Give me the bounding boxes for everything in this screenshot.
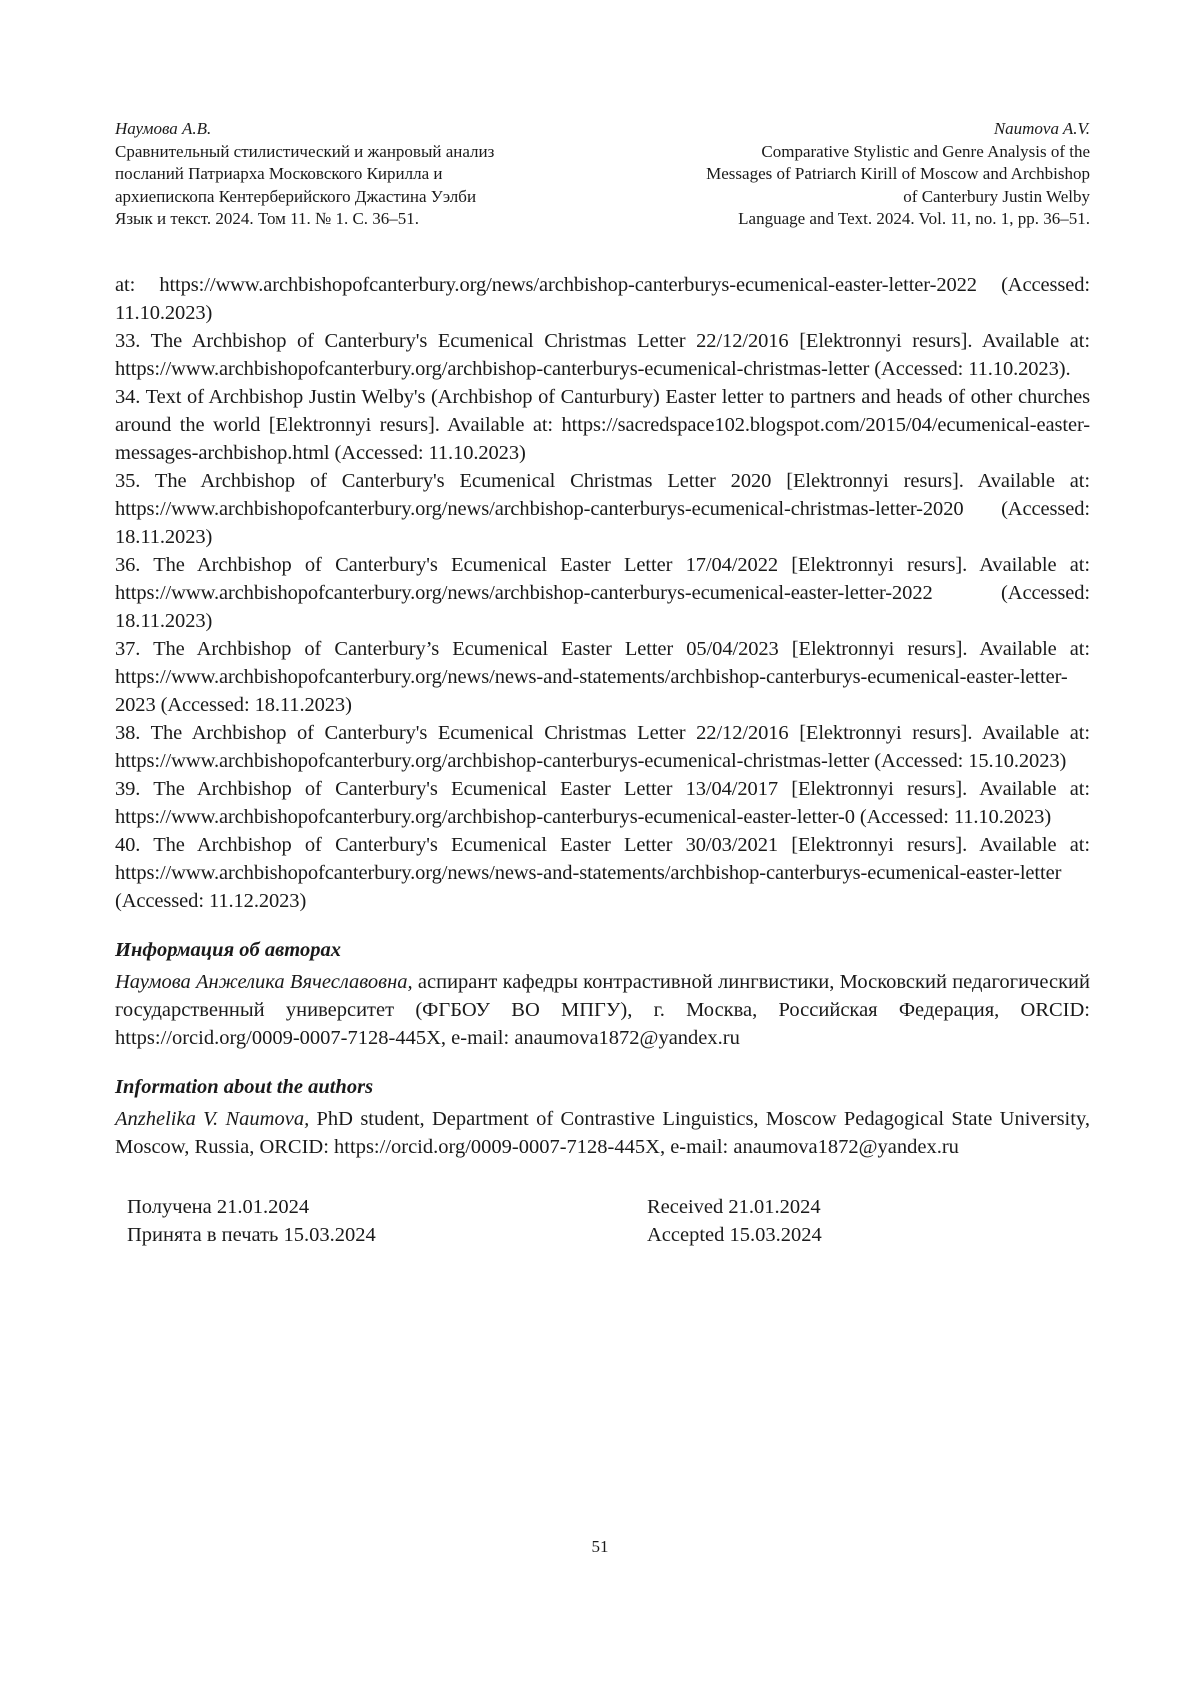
header-title-ru-line: Сравнительный стилистический и жанровый … [115, 141, 494, 164]
reference-entry: at: https://www.archbishopofcanterbury.o… [115, 271, 1090, 327]
authors-info-english: Information about the authors Anzhelika … [115, 1073, 1090, 1161]
reference-entry: 35. The Archbishop of Canterbury's Ecume… [115, 467, 1090, 551]
section-heading-authors-en: Information about the authors [115, 1073, 1090, 1101]
accepted-date-ru: Принята в печать 15.03.2024 [127, 1221, 647, 1249]
reference-list: at: https://www.archbishopofcanterbury.o… [115, 271, 1090, 915]
accepted-date-en: Accepted 15.03.2024 [647, 1221, 822, 1249]
header-author-ru: Наумова А.В. [115, 118, 494, 141]
header-author-en: Naumova A.V. [706, 118, 1090, 141]
reference-entry: 39. The Archbishop of Canterbury's Ecume… [115, 775, 1090, 831]
header-title-en-line: Messages of Patriarch Kirill of Moscow a… [706, 163, 1090, 186]
reference-entry: 40. The Archbishop of Canterbury's Ecume… [115, 831, 1090, 915]
authors-info-russian: Информация об авторах Наумова Анжелика В… [115, 936, 1090, 1052]
dates-english: Received 21.01.2024 Accepted 15.03.2024 [647, 1193, 822, 1249]
header-title-ru-line: архиепископа Кентерберийского Джастина У… [115, 186, 494, 209]
running-header: Наумова А.В. Сравнительный стилистически… [115, 118, 1090, 231]
submission-dates: Получена 21.01.2024 Принята в печать 15.… [115, 1193, 1090, 1249]
reference-entry: 34. Text of Archbishop Justin Welby's (A… [115, 383, 1090, 467]
header-title-ru-line: посланий Патриарха Московского Кирилла и [115, 163, 494, 186]
header-title-en-line: of Canterbury Justin Welby [706, 186, 1090, 209]
header-citation-en: Language and Text. 2024. Vol. 11, no. 1,… [706, 208, 1090, 231]
reference-entry: 37. The Archbishop of Canterbury’s Ecume… [115, 635, 1090, 719]
received-date-ru: Получена 21.01.2024 [127, 1193, 647, 1221]
header-citation-ru: Язык и текст. 2024. Том 11. № 1. С. 36–5… [115, 208, 494, 231]
header-title-en-line: Comparative Stylistic and Genre Analysis… [706, 141, 1090, 164]
reference-entry: 38. The Archbishop of Canterbury's Ecume… [115, 719, 1090, 775]
reference-entry: 36. The Archbishop of Canterbury's Ecume… [115, 551, 1090, 635]
running-header-russian: Наумова А.В. Сравнительный стилистически… [115, 118, 494, 231]
page-number: 51 [0, 1537, 1200, 1557]
author-name-en: Anzhelika V. Naumova, [115, 1108, 309, 1130]
reference-entry: 33. The Archbishop of Canterbury's Ecume… [115, 327, 1090, 383]
running-header-english: Naumova A.V. Comparative Stylistic and G… [706, 118, 1090, 231]
author-bio-en: Anzhelika V. Naumova, PhD student, Depar… [115, 1105, 1090, 1161]
received-date-en: Received 21.01.2024 [647, 1193, 822, 1221]
section-heading-authors-ru: Информация об авторах [115, 936, 1090, 964]
dates-russian: Получена 21.01.2024 Принята в печать 15.… [127, 1193, 647, 1249]
author-bio-ru: Наумова Анжелика Вячеславовна, аспирант … [115, 968, 1090, 1052]
author-name-ru: Наумова Анжелика Вячеславовна, [115, 971, 413, 993]
page: Наумова А.В. Сравнительный стилистически… [115, 118, 1090, 1249]
